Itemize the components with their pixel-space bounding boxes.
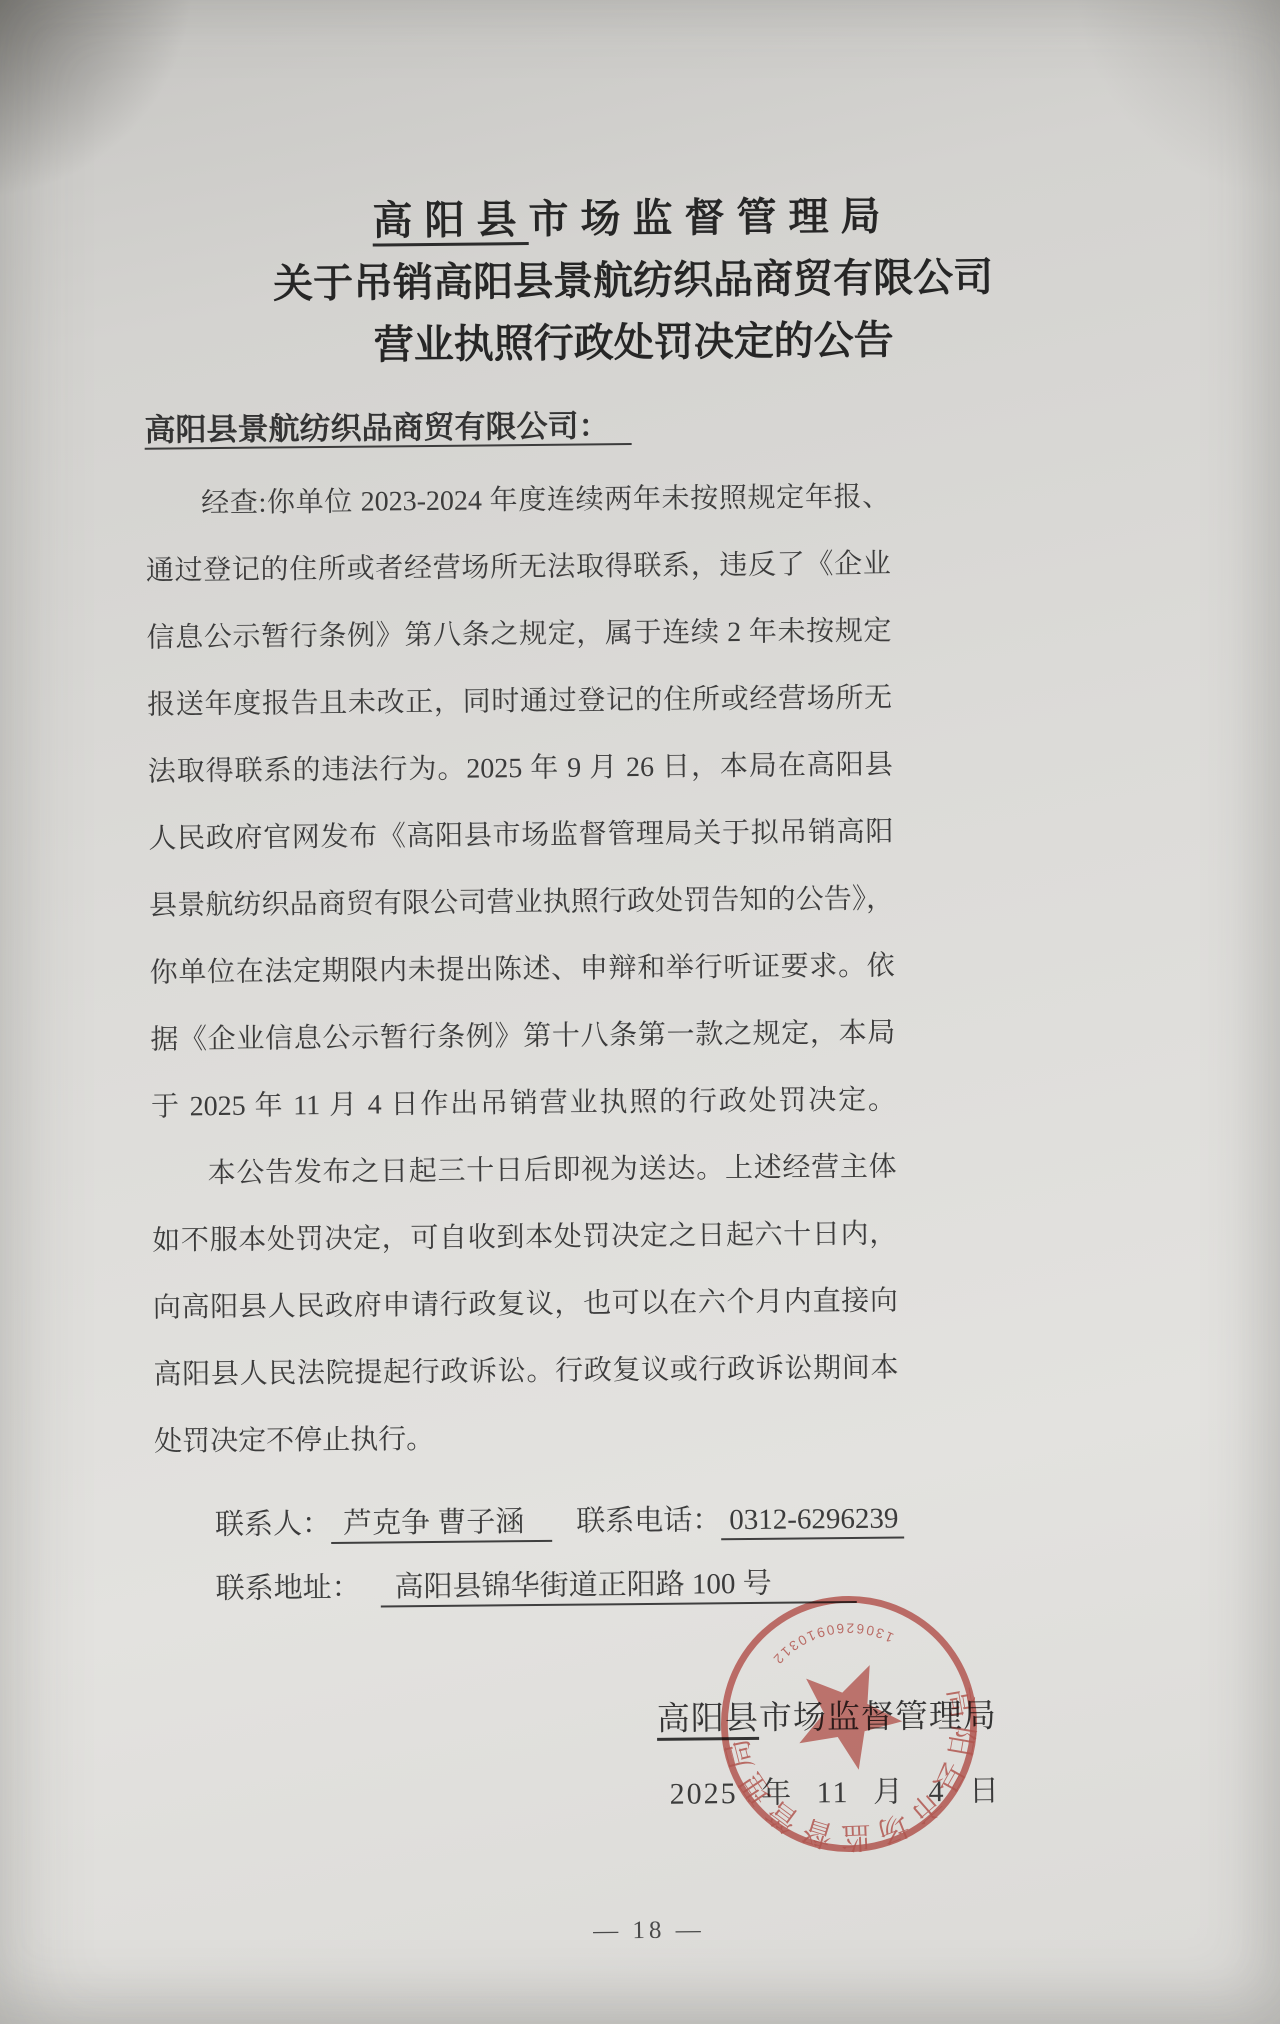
contact-address-value: 高阳县锦华街道正阳路 100 号: [380, 1567, 856, 1608]
body-line: 如不服本处罚决定，可自收到本处罚决定之日起六十日内，: [152, 1201, 898, 1275]
body-line: 县景航纺织品商贸有限公司营业执照行政处罚告知的公告》，: [149, 866, 895, 940]
body-line: 本公告发布之日起三十日后即视为送达。上述经营主体: [151, 1134, 897, 1208]
issuing-agency-signature: 高阳县市场监督管理局: [657, 1691, 1280, 1743]
title-agency: 市场监督管理局: [528, 195, 892, 242]
announcement-document: 高阳县市场监督管理局 关于吊销高阳县景航纺织品商贸有限公司 营业执照行政处罚决定…: [0, 0, 1280, 1951]
salutation: 高阳县景航纺织品商贸有限公司：: [144, 396, 1274, 455]
body-line: 高阳县人民法院提起行政诉讼。行政复议或行政诉讼期间本: [153, 1335, 899, 1409]
document-body: 经查:你单位 2023-2024 年度连续两年未按照规定年报、 通过登记的住所或…: [145, 464, 900, 1476]
document-title: 高阳县市场监督管理局 关于吊销高阳县景航纺织品商贸有限公司 营业执照行政处罚决定…: [0, 182, 1274, 380]
document-photo: 高阳县市场监督管理局 关于吊销高阳县景航纺织品商贸有限公司 营业执照行政处罚决定…: [0, 0, 1280, 2024]
body-line: 法取得联系的违法行为。2025 年 9 月 26 日，本局在高阳县: [147, 732, 893, 806]
contact-phone-value: 0312-6296239: [721, 1502, 905, 1540]
body-line: 向高阳县人民政府申请行政复议，也可以在六个月内直接向: [153, 1268, 899, 1342]
body-line: 经查:你单位 2023-2024 年度连续两年未按照规定年报、: [145, 464, 891, 538]
contact-address-label: 联系地址：: [215, 1572, 360, 1605]
contact-phone-label: 联系电话：: [576, 1504, 721, 1537]
signature-agency: 市场监督管理局: [759, 1699, 997, 1737]
issue-date: 2025 年 11 月 4 日: [669, 1763, 1280, 1813]
body-line: 处罚决定不停止执行。: [154, 1402, 900, 1476]
body-line: 报送年度报告且未改正，同时通过登记的住所或经营场所无: [147, 665, 893, 739]
body-line: 于 2025 年 11 月 4 日作出吊销营业执照的行政处罚决定。: [151, 1067, 897, 1141]
contact-person-value: 芦克争 曹子涵: [331, 1506, 553, 1544]
contact-person-line: 联系人：芦克争 曹子涵联系电话：0312-6296239: [215, 1489, 1280, 1551]
body-line: 据《企业信息公示暂行条例》第十八条第一款之规定，本局: [150, 1000, 896, 1074]
contact-address-line: 联系地址：高阳县锦华街道正阳路 100 号: [215, 1553, 1280, 1615]
body-line: 信息公示暂行条例》第八条之规定，属于连续 2 年未按规定: [146, 598, 892, 672]
title-county-underlined: 高阳县: [372, 198, 528, 246]
contact-person-label: 联系人：: [215, 1508, 331, 1541]
signature-county-underlined: 高阳县: [657, 1701, 759, 1741]
body-line: 通过登记的住所或者经营场所无法取得联系，违反了《企业: [146, 531, 892, 605]
title-line-3: 营业执照行政处罚决定的公告: [0, 306, 1274, 380]
body-line: 人民政府官网发布《高阳县市场监督管理局关于拟吊销高阳: [148, 799, 894, 873]
body-line: 你单位在法定期限内未提出陈述、申辩和举行听证要求。依: [149, 933, 895, 1007]
